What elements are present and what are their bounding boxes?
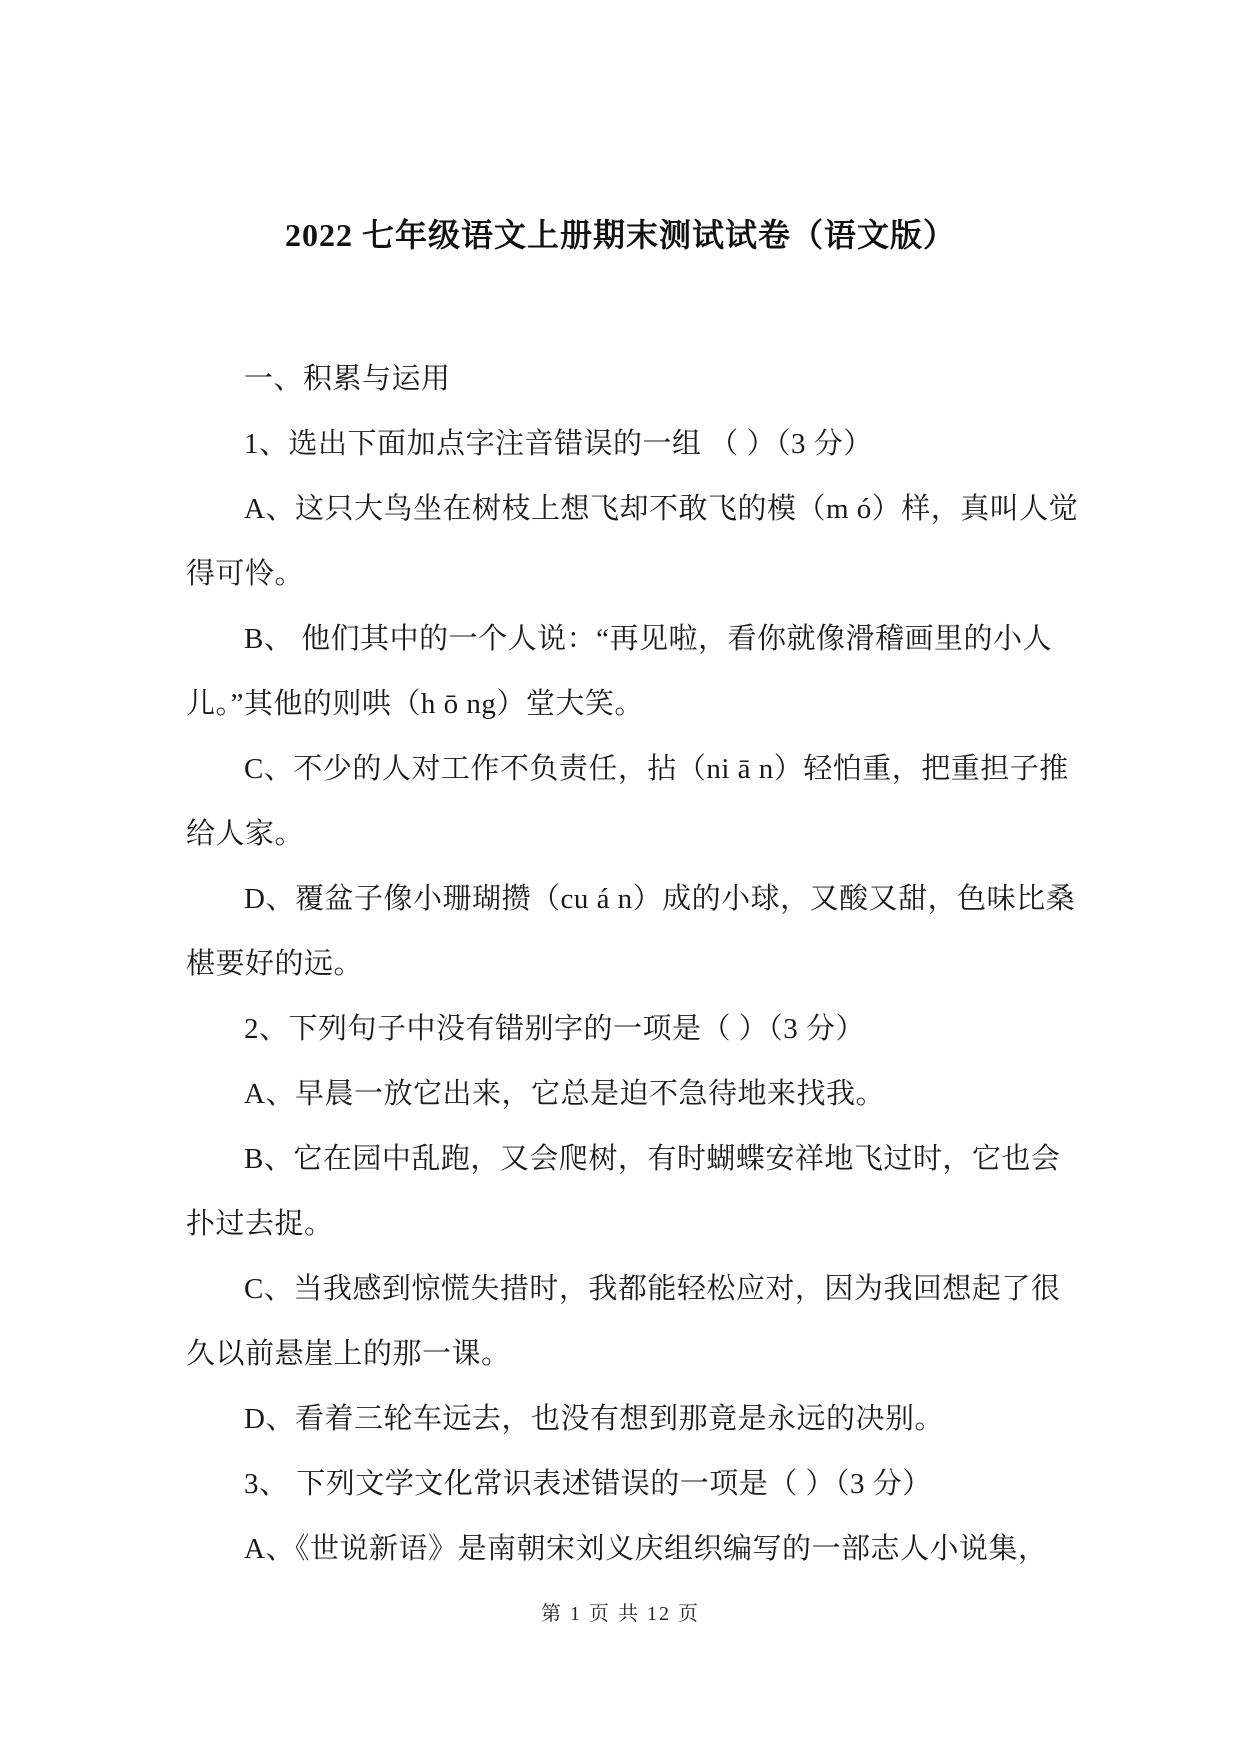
option-text-line: C、不少的人对工作不负责任，拈（ni ā n）轻怕重，把重担子推 xyxy=(186,737,1086,802)
option-text-line: 得可怜。 xyxy=(186,542,1086,607)
option-text-line: 久以前悬崖上的那一课。 xyxy=(186,1322,1086,1387)
document-body: 一、积累与运用1、选出下面加点字注音错误的一组 （ ）（3 分）A、这只大鸟坐在… xyxy=(186,347,1086,1582)
question-stem-text-line: 1、选出下面加点字注音错误的一组 （ ）（3 分） xyxy=(186,412,1086,477)
question-stem-text-line: 3、 下列文学文化常识表述错误的一项是（ ）（3 分） xyxy=(186,1452,1086,1517)
option-text-line: B、 他们其中的一个人说：“再见啦，看你就像滑稽画里的小人 xyxy=(186,607,1086,672)
option-text-line: B、它在园中乱跑，又会爬树，有时蝴蝶安祥地飞过时，它也会 xyxy=(186,1127,1086,1192)
option-text-line: A、这只大鸟坐在树枝上想飞却不敢飞的模（m ó）样，真叫人觉 xyxy=(186,477,1086,542)
section-heading-text-line: 一、积累与运用 xyxy=(186,347,1086,412)
option-text-line: A、《世说新语》是南朝宋刘义庆组织编写的一部志人小说集， xyxy=(186,1517,1086,1582)
option-text-line: A、早晨一放它出来，它总是迫不急待地来找我。 xyxy=(186,1062,1086,1127)
option-text-line: C、当我感到惊慌失措时，我都能轻松应对，因为我回想起了很 xyxy=(186,1257,1086,1322)
question-stem-text-line: 2、下列句子中没有错别字的一项是（ ）（3 分） xyxy=(186,997,1086,1062)
option-text-line: 椹要好的远。 xyxy=(186,932,1086,997)
option-text-line: D、看着三轮车远去，也没有想到那竟是永远的决别。 xyxy=(186,1387,1086,1452)
document-title: 2022 七年级语文上册期末测试试卷（语文版） xyxy=(0,199,1241,271)
option-text-line: 扑过去捉。 xyxy=(186,1192,1086,1257)
option-text-line: 给人家。 xyxy=(186,802,1086,867)
option-text-line: 儿。”其他的则哄（h ō ng）堂大笑。 xyxy=(186,672,1086,737)
option-text-line: D、覆盆子像小珊瑚攒（cu á n）成的小球，又酸又甜，色味比桑 xyxy=(186,867,1086,932)
page-number-footer: 第 1 页 共 12 页 xyxy=(0,1600,1241,1628)
document-page: 2022 七年级语文上册期末测试试卷（语文版） 一、积累与运用1、选出下面加点字… xyxy=(0,0,1241,1754)
